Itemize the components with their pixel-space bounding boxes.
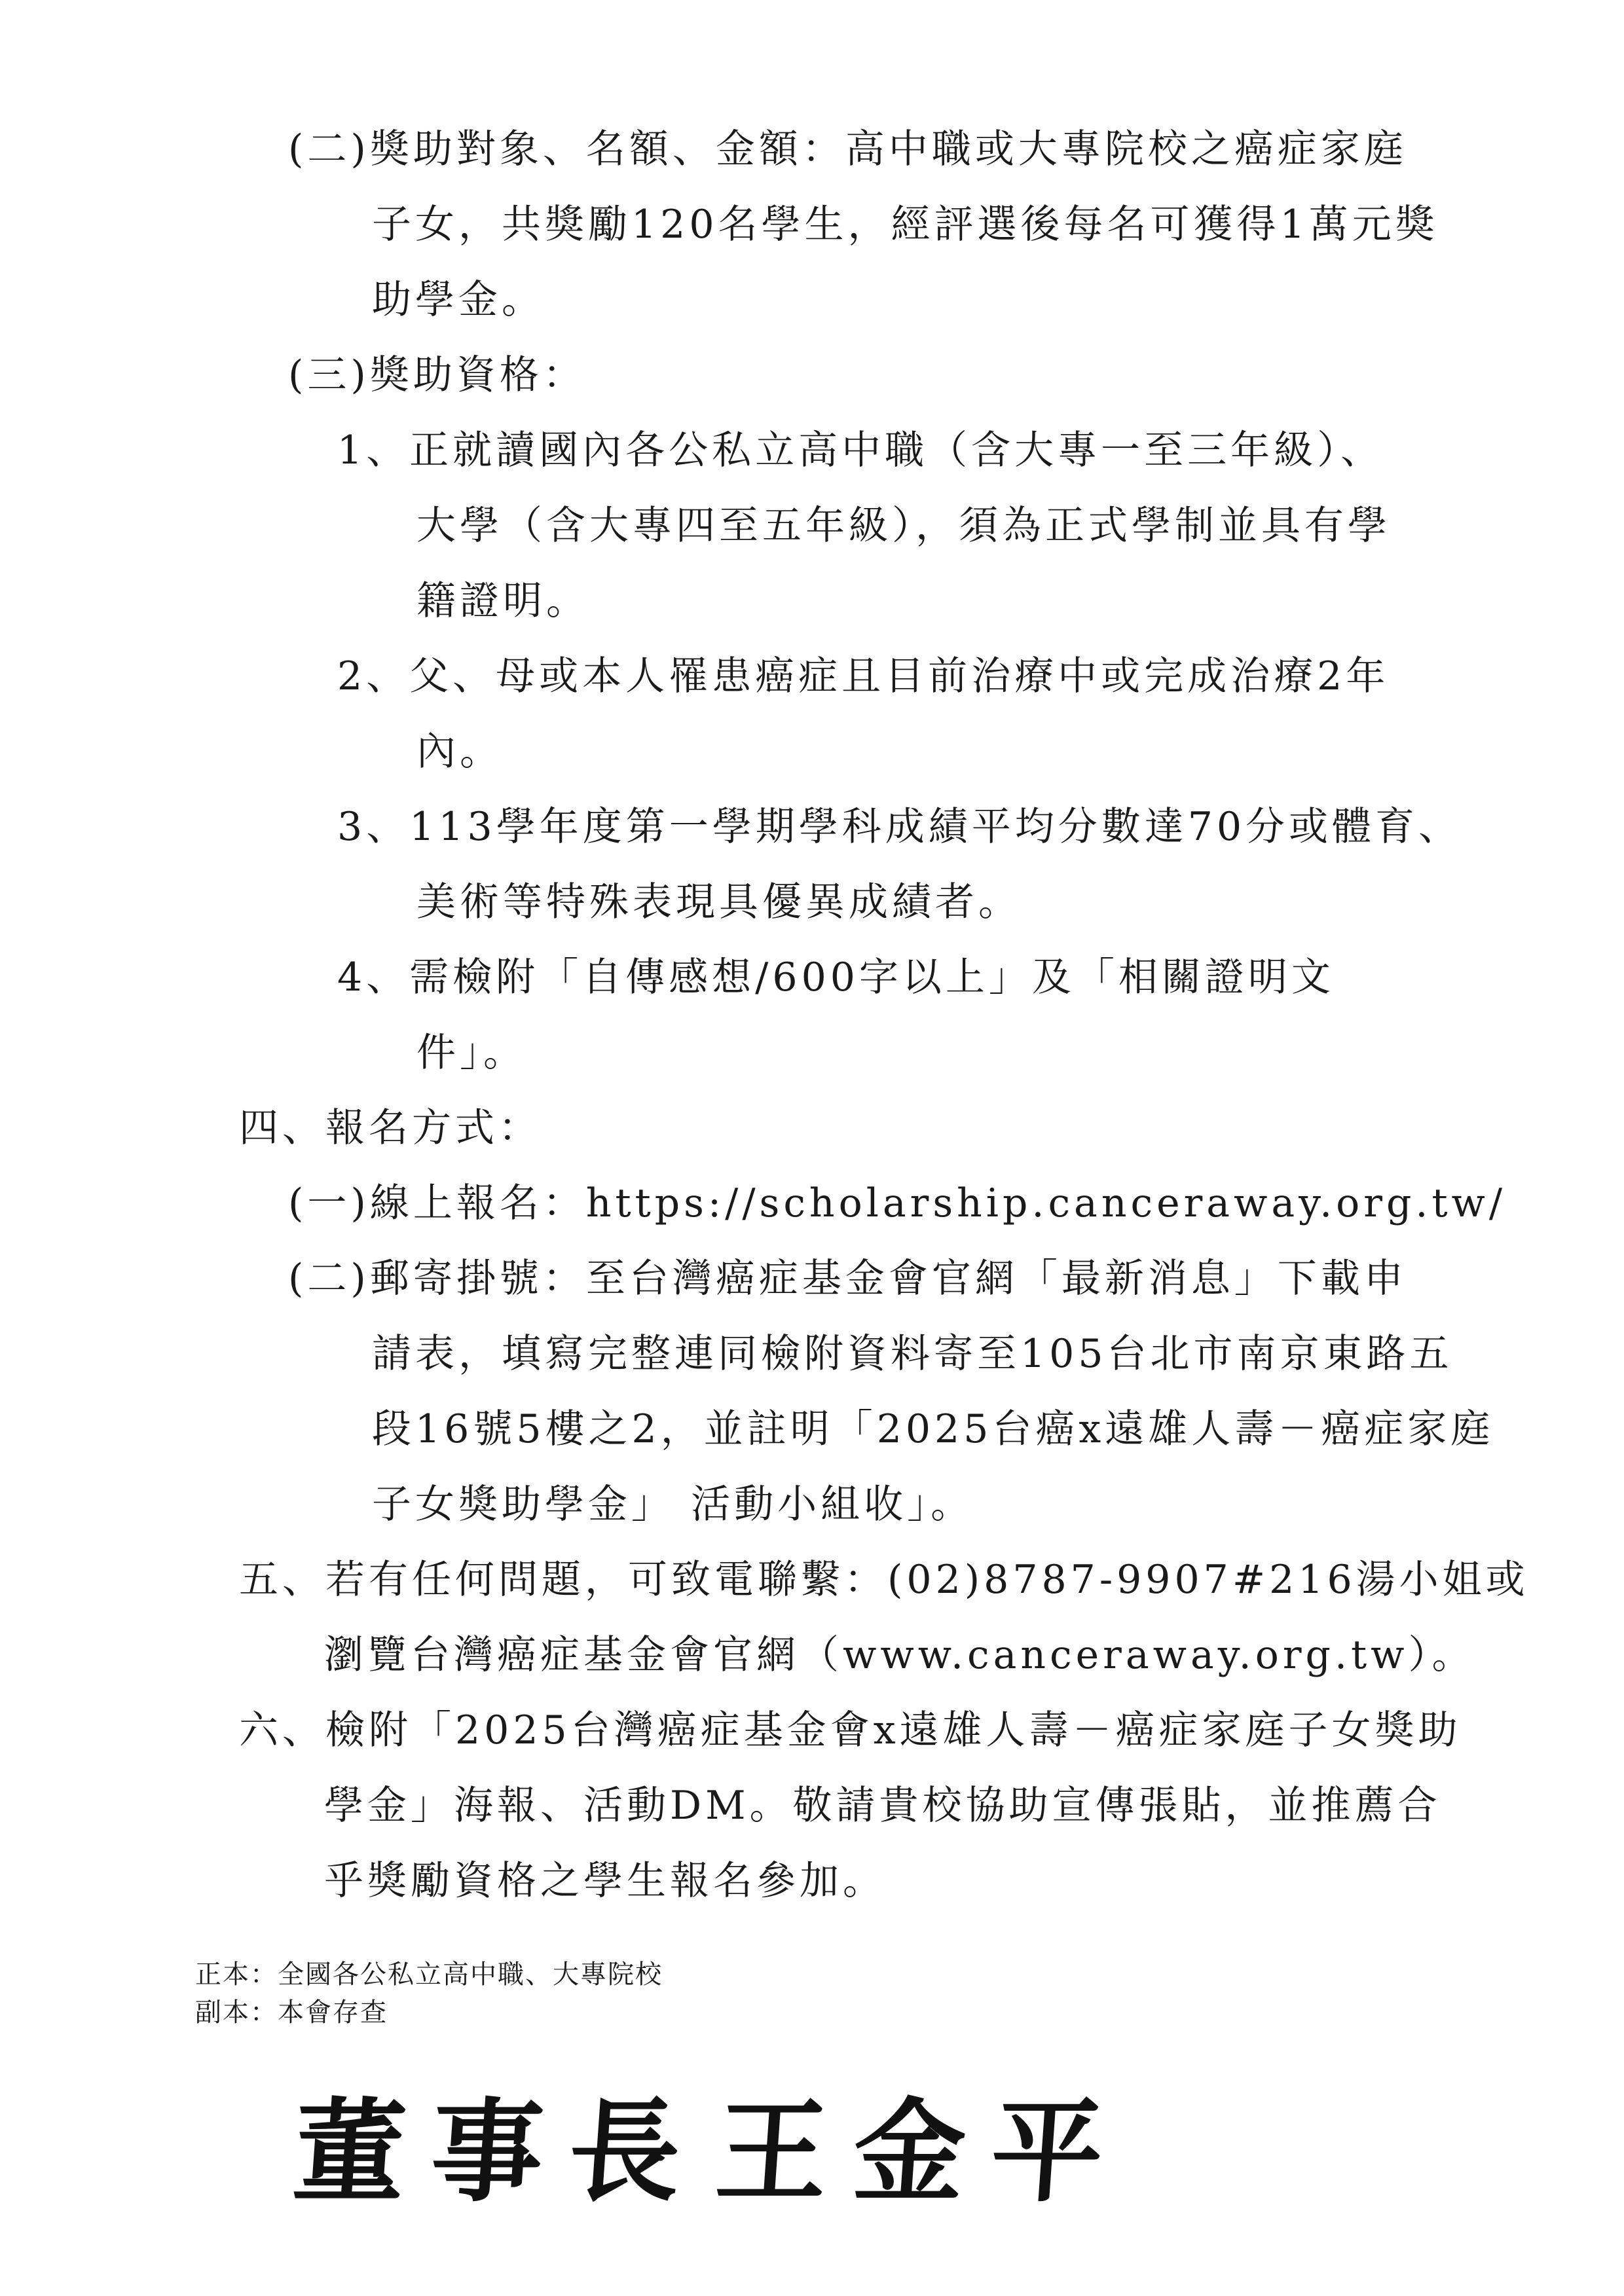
criterion-1-line-1: 1、正就讀國內各公私立高中職（含大專一至三年級）、	[337, 424, 1384, 477]
subitem-3-label: (三)	[288, 352, 370, 398]
registration-mail-line-2: 請表，填寫完整連同檢附資料寄至105台北市南京東路五	[372, 1328, 1453, 1380]
subitem-2-line-2: 子女，共獎勵120名學生，經評選後每名可獲得1萬元獎	[372, 198, 1439, 251]
subitem-3-heading: (三)獎助資格：	[288, 349, 586, 401]
criterion-4-line-1: 4、需檢附「自傳感想/600字以上」及「相關證明文	[337, 951, 1335, 1004]
subitem-2-label: (二)	[288, 126, 370, 172]
criterion-1-line-3: 籍證明。	[416, 575, 589, 627]
criterion-2-line-2: 內。	[416, 725, 503, 778]
section-6-line-3: 乎獎勵資格之學生報名參加。	[324, 1855, 886, 1907]
criterion-number: 1	[337, 428, 366, 473]
subitem-2-line-3: 助學金。	[372, 274, 545, 326]
registration-mail-line-3: 段16號5樓之2，並註明「2025台癌x遠雄人壽－癌症家庭	[372, 1403, 1494, 1455]
registration-online-label: (一)	[288, 1180, 370, 1226]
criterion-number: 3	[337, 804, 366, 850]
section-4-heading: 四、報名方式：	[239, 1102, 542, 1154]
signature-title: 董事長	[289, 2062, 712, 2223]
criterion-number: 4	[337, 955, 366, 1000]
section-6-line-1: 六、檢附「2025台灣癌症基金會x遠雄人壽－癌症家庭子女獎助	[239, 1704, 1462, 1757]
section-6-line-2: 學金」海報、活動DM。敬請貴校協助宣傳張貼，並推薦合	[324, 1779, 1441, 1832]
criterion-1-line-2: 大學（含大專四至五年級），須為正式學制並具有學	[416, 500, 1391, 552]
section-5-line-1: 五、若有任何問題，可致電聯繫：(02)8787-9907#216湯小姐或	[239, 1554, 1529, 1606]
registration-mail-label: (二)	[288, 1256, 370, 1302]
criterion-4-line-2: 件」。	[416, 1027, 526, 1079]
registration-online: (一)線上報名：https://scholarship.canceraway.o…	[288, 1177, 1506, 1230]
distribution-copy: 副本：本會存查	[195, 1995, 388, 2030]
registration-mail-line-1: (二)郵寄掛號：至台灣癌症基金會官網「最新消息」下載申	[288, 1252, 1407, 1305]
subitem-2-line-1: (二)獎助對象、名額、金額：高中職或大專院校之癌症家庭	[288, 123, 1407, 175]
signature-name: 王金平	[711, 2062, 1135, 2223]
section-5-line-2: 瀏覽台灣癌症基金會官網（www.canceraway.org.tw）。	[324, 1629, 1475, 1681]
distribution-original: 正本：全國各公私立高中職、大專院校	[195, 1958, 663, 1992]
criterion-3-line-2: 美術等特殊表現具優異成績者。	[416, 876, 1022, 928]
criterion-number: 2	[337, 653, 366, 699]
registration-url[interactable]: 線上報名：https://scholarship.canceraway.org.…	[370, 1180, 1506, 1226]
criterion-2-line-1: 2、父、母或本人罹患癌症且目前治療中或完成治療2年	[337, 650, 1389, 702]
registration-mail-line-4: 子女獎助學金」 活動小組收」。	[372, 1478, 974, 1531]
criterion-3-line-1: 3、113學年度第一學期學科成績平均分數達70分或體育、	[337, 801, 1462, 853]
